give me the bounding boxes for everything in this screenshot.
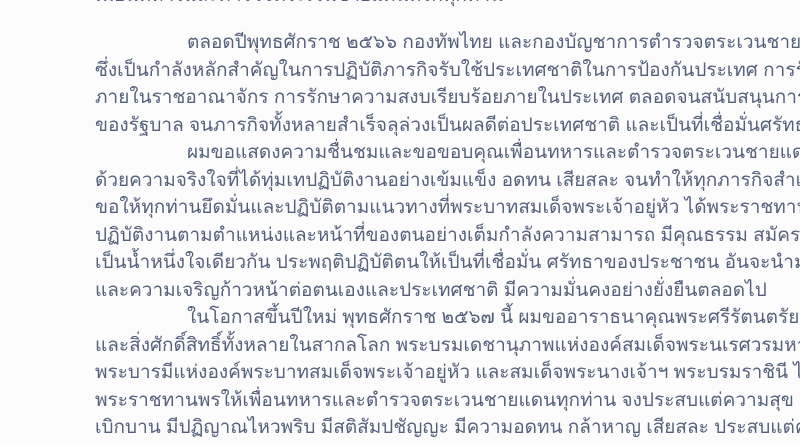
text-line: พระราชทานพรให้เพื่อนทหารและตำรวจตระเวนชา… [95, 387, 775, 415]
paragraph: ตลอดปีพุทธศักราช ๒๕๖๖ กองทัพไทย และกองบั… [95, 29, 775, 139]
clipped-previous-line-text: เพื่อนทหารและตำรวจตระเวนชายแดนที่รักทุกท… [95, 0, 760, 8]
text-line: ผมขอแสดงความชื่นชมและขอขอบคุณเพื่อนทหารแ… [95, 139, 775, 167]
text-line: พระบารมีแห่งองค์พระบาทสมเด็จพระเจ้าอยู่ห… [95, 359, 775, 387]
text-line: ตลอดปีพุทธศักราช ๒๕๖๖ กองทัพไทย และกองบั… [95, 29, 775, 57]
text-line: เป็นน้ำหนึ่งใจเดียวกัน ประพฤติปฏิบัติตนใ… [95, 249, 775, 277]
text-line: เบิกบาน มีปฏิญาณไหวพริบ มีสติสัมปชัญญะ ม… [95, 414, 775, 442]
text-line: ขอให้ทุกท่านยึดมั่นและปฏิบัติตามแนวทางที… [95, 194, 775, 222]
document-body: ตลอดปีพุทธศักราช ๒๕๖๖ กองทัพไทย และกองบั… [95, 29, 775, 442]
text-line: ของรัฐบาล จนภารกิจทั้งหลายสำเร็จลุล่วงเป… [95, 112, 775, 140]
paragraph: ผมขอแสดงความชื่นชมและขอขอบคุณเพื่อนทหารแ… [95, 139, 775, 304]
text-line: และสิ่งศักดิ์สิทธิ์ทั้งหลายในสากลโลก พระ… [95, 332, 775, 360]
text-line: และความเจริญก้าวหน้าต่อตนเองและประเทศชาต… [95, 277, 775, 305]
text-line: ภายในราชอาณาจักร การรักษาความสงบเรียบร้อ… [95, 84, 775, 112]
text-line: ในโอกาสขึ้นปีใหม่ พุทธศักราช ๒๕๖๗ นี้ ผม… [95, 304, 775, 332]
text-line: ด้วยความจริงใจที่ได้ทุ่มเทปฏิบัติงานอย่า… [95, 167, 775, 195]
document-page: เพื่อนทหารและตำรวจตระเวนชายแดนที่รักทุกท… [0, 0, 800, 445]
paragraph: ในโอกาสขึ้นปีใหม่ พุทธศักราช ๒๕๖๗ นี้ ผม… [95, 304, 775, 442]
text-line: ปฏิบัติงานตามตำแหน่งและหน้าที่ของตนอย่าง… [95, 222, 775, 250]
clipped-previous-line: เพื่อนทหารและตำรวจตระเวนชายแดนที่รักทุกท… [95, 0, 760, 8]
text-line: ซึ่งเป็นกำลังหลักสำคัญในการปฏิบัติภารกิจ… [95, 57, 775, 85]
